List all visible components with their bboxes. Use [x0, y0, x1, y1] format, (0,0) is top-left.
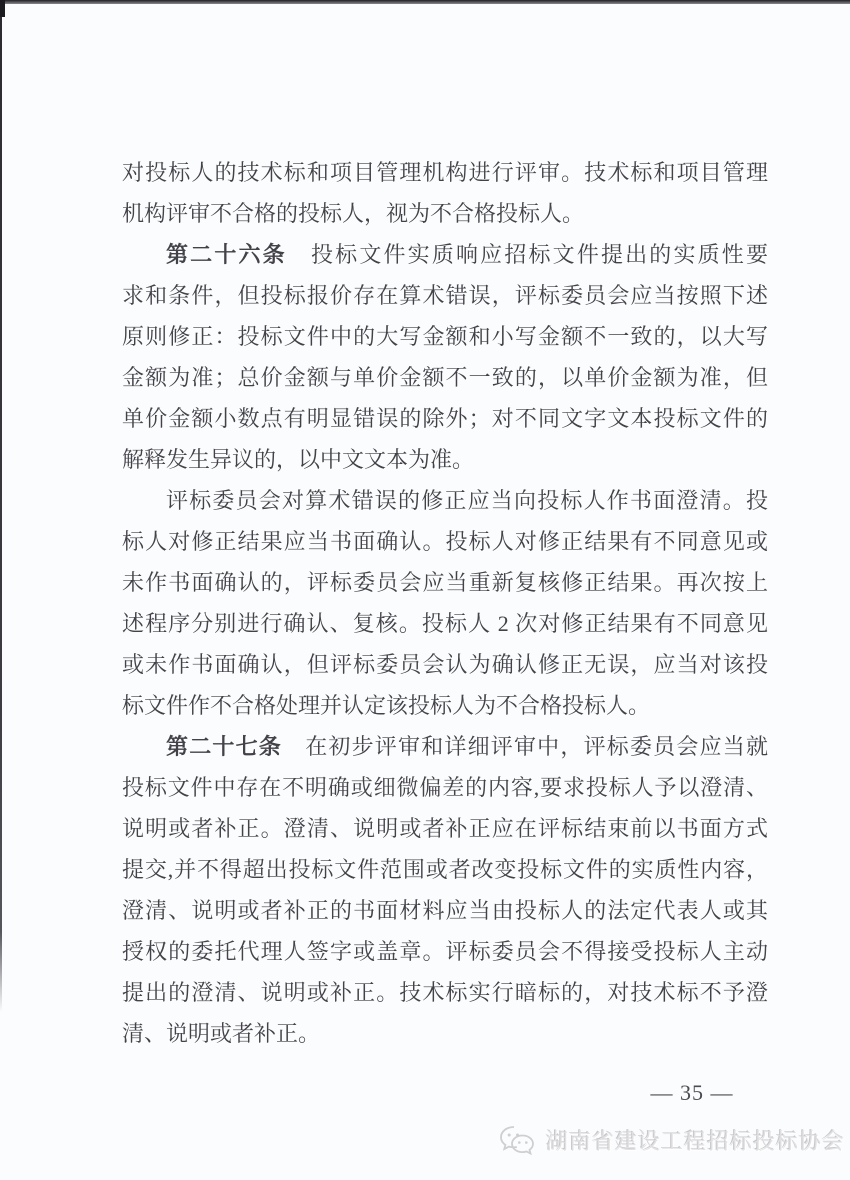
- scanned-document-page: 对投标人的技术标和项目管理机构进行评审。技术标和项目管理 机构评审不合格的投标人…: [0, 0, 850, 1180]
- text-line: 投标文件中存在不明确或细微偏差的内容,要求投标人予以澄清、: [122, 767, 768, 808]
- text-line: 述程序分别进行确认、复核。投标人 2 次对修正结果有不同意见: [122, 603, 768, 644]
- text-line: 机构评审不合格的投标人，视为不合格投标人。: [122, 193, 768, 234]
- wechat-logo-icon: [498, 1124, 540, 1156]
- clause-heading: 第二十六条: [166, 242, 287, 267]
- scan-edge-top: [0, 0, 850, 4]
- footer-watermark: 湖南省建设工程招标投标协会: [498, 1124, 845, 1156]
- clause-text: 在初步评审和详细评审中，评标委员会应当就: [282, 734, 768, 759]
- clause-text: 投标文件实质响应招标文件提出的实质性要: [287, 242, 768, 267]
- text-line: 解释发生异议的，以中文文本为准。: [122, 439, 768, 480]
- text-line: 澄清、说明或者补正的书面材料应当由投标人的法定代表人或其: [122, 890, 768, 931]
- text-line: 第二十七条 在初步评审和详细评审中，评标委员会应当就: [122, 726, 768, 767]
- scan-corner-mark: [0, 0, 5, 17]
- text-line: 授权的委托代理人签字或盖章。评标委员会不得接受投标人主动: [122, 931, 768, 972]
- clause-heading: 第二十七条: [166, 734, 282, 759]
- text-line: 求和条件，但投标报价存在算术错误，评标委员会应当按照下述: [122, 275, 768, 316]
- text-line: 提交,并不得超出投标文件范围或者改变投标文件的实质性内容，: [122, 849, 768, 890]
- text-line: 第二十六条 投标文件实质响应招标文件提出的实质性要: [122, 234, 768, 275]
- text-line: 或未作书面确认，但评标委员会认为确认修正无误，应当对该投: [122, 644, 768, 685]
- text-line: 标文件作不合格处理并认定该投标人为不合格投标人。: [122, 685, 768, 726]
- text-line: 说明或者补正。澄清、说明或者补正应在评标结束前以书面方式: [122, 808, 768, 849]
- text-line: 未作书面确认的，评标委员会应当重新复核修正结果。再次按上: [122, 562, 768, 603]
- scan-edge-left: [0, 0, 2, 1012]
- text-line: 对投标人的技术标和项目管理机构进行评审。技术标和项目管理: [122, 152, 768, 193]
- text-line: 标人对修正结果应当书面确认。投标人对修正结果有不同意见或: [122, 521, 768, 562]
- watermark-text: 湖南省建设工程招标投标协会: [546, 1125, 845, 1156]
- page-number: — 35 —: [632, 1080, 752, 1106]
- text-line: 评标委员会对算术错误的修正应当向投标人作书面澄清。投: [122, 480, 768, 521]
- text-line: 单价金额小数点有明显错误的除外；对不同文字文本投标文件的: [122, 398, 768, 439]
- document-body: 对投标人的技术标和项目管理机构进行评审。技术标和项目管理 机构评审不合格的投标人…: [122, 152, 768, 1054]
- text-line: 原则修正：投标文件中的大写金额和小写金额不一致的，以大写: [122, 316, 768, 357]
- text-line: 清、说明或者补正。: [122, 1013, 768, 1054]
- text-line: 提出的澄清、说明或补正。技术标实行暗标的，对技术标不予澄: [122, 972, 768, 1013]
- text-line: 金额为准；总价金额与单价金额不一致的，以单价金额为准，但: [122, 357, 768, 398]
